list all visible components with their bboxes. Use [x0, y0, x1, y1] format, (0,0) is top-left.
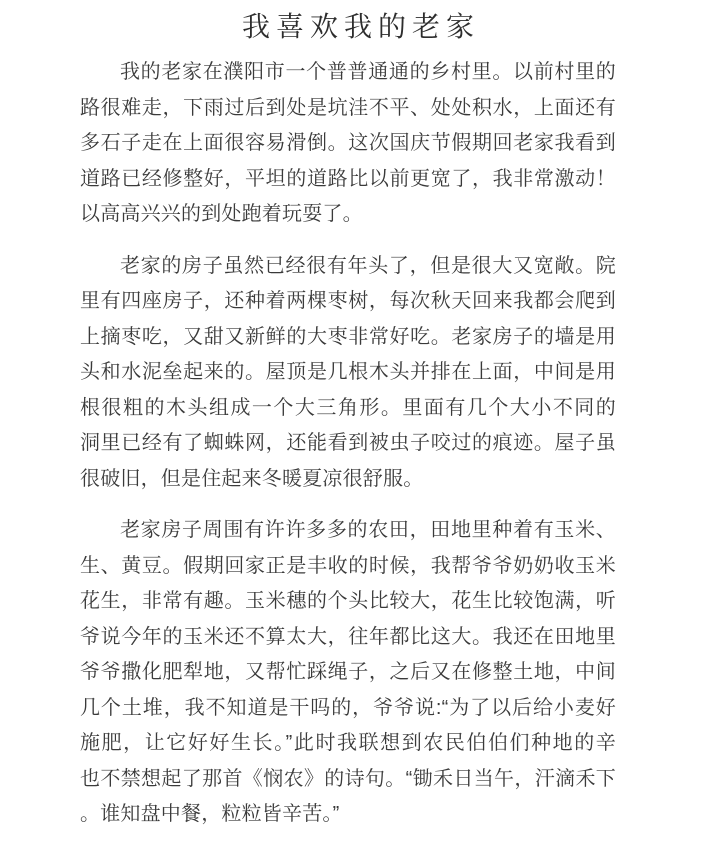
text-line: 我的老家在濮阳市一个普普通通的乡村里。以前村里的道: [80, 55, 616, 91]
text-line: 道路已经修整好，平坦的道路比以前更宽了，我非常激动！可: [80, 162, 616, 198]
text-line: 路很难走，下雨过后到处是坑洼不平、处处积水，上面还有许: [80, 91, 616, 127]
text-line: 洞里已经有了蜘蛛网，还能看到被虫子咬过的痕迹。屋子虽然: [80, 426, 616, 462]
paragraph: 老家的房子虽然已经很有年头了，但是很大又宽敞。院子里有四座房子，还种着两棵枣树，…: [80, 249, 616, 498]
paragraph: 老家房子周围有许许多多的农田，田地里种着有玉米、花生、黄豆。假期回家正是丰收的时…: [80, 513, 616, 833]
text-line: 爷说今年的玉米还不算太大，往年都比这大。我还在田地里给: [80, 620, 616, 656]
text-line: 花生，非常有趣。玉米穗的个头比较大，花生比较饱满，听爷: [80, 584, 616, 620]
text-line: 生、黄豆。假期回家正是丰收的时候，我帮爷爷奶奶收玉米摘: [80, 549, 616, 585]
essay-body: 我的老家在濮阳市一个普普通通的乡村里。以前村里的道路很难走，下雨过后到处是坑洼不…: [0, 55, 616, 833]
text-line: 。谁知盘中餐，粒粒皆辛苦。”: [80, 797, 616, 833]
text-line: 多石子走在上面很容易滑倒。这次国庆节假期回老家我看到了: [80, 126, 616, 162]
text-line: 爷爷撒化肥犁地，又帮忙踩绳子，之后又在修整土地，中间刮: [80, 655, 616, 691]
text-line: 施肥，让它好好生长。”此时我联想到农民伯伯们种地的辛苦，: [80, 726, 616, 762]
text-line: 老家的房子虽然已经很有年头了，但是很大又宽敞。院子: [80, 249, 616, 285]
text-line: 以高高兴兴的到处跑着玩耍了。: [80, 197, 616, 233]
document-page: 我喜欢我的老家 我的老家在濮阳市一个普普通通的乡村里。以前村里的道路很难走，下雨…: [0, 0, 716, 866]
text-line: 几个土堆，我不知道是干吗的，爷爷说:“为了以后给小麦好浇水: [80, 691, 616, 727]
text-line: 里有四座房子，还种着两棵枣树，每次秋天回来我都会爬到树: [80, 284, 616, 320]
essay-title: 我喜欢我的老家: [0, 0, 716, 43]
text-line: 根很粗的木头组成一个大三角形。里面有几个大小不同的洞，: [80, 391, 616, 427]
text-line: 老家房子周围有许许多多的农田，田地里种着有玉米、花: [80, 513, 616, 549]
paragraph: 我的老家在濮阳市一个普普通通的乡村里。以前村里的道路很难走，下雨过后到处是坑洼不…: [80, 55, 616, 233]
text-line: 也不禁想起了那首《悯农》的诗句。“锄禾日当午，汗滴禾下土: [80, 762, 616, 798]
text-line: 很破旧，但是住起来冬暖夏凉很舒服。: [80, 462, 616, 498]
text-line: 上摘枣吃，又甜又新鲜的大枣非常好吃。老家房子的墙是用砖: [80, 320, 616, 356]
text-line: 头和水泥垒起来的。屋顶是几根木头并排在上面，中间是用三: [80, 355, 616, 391]
